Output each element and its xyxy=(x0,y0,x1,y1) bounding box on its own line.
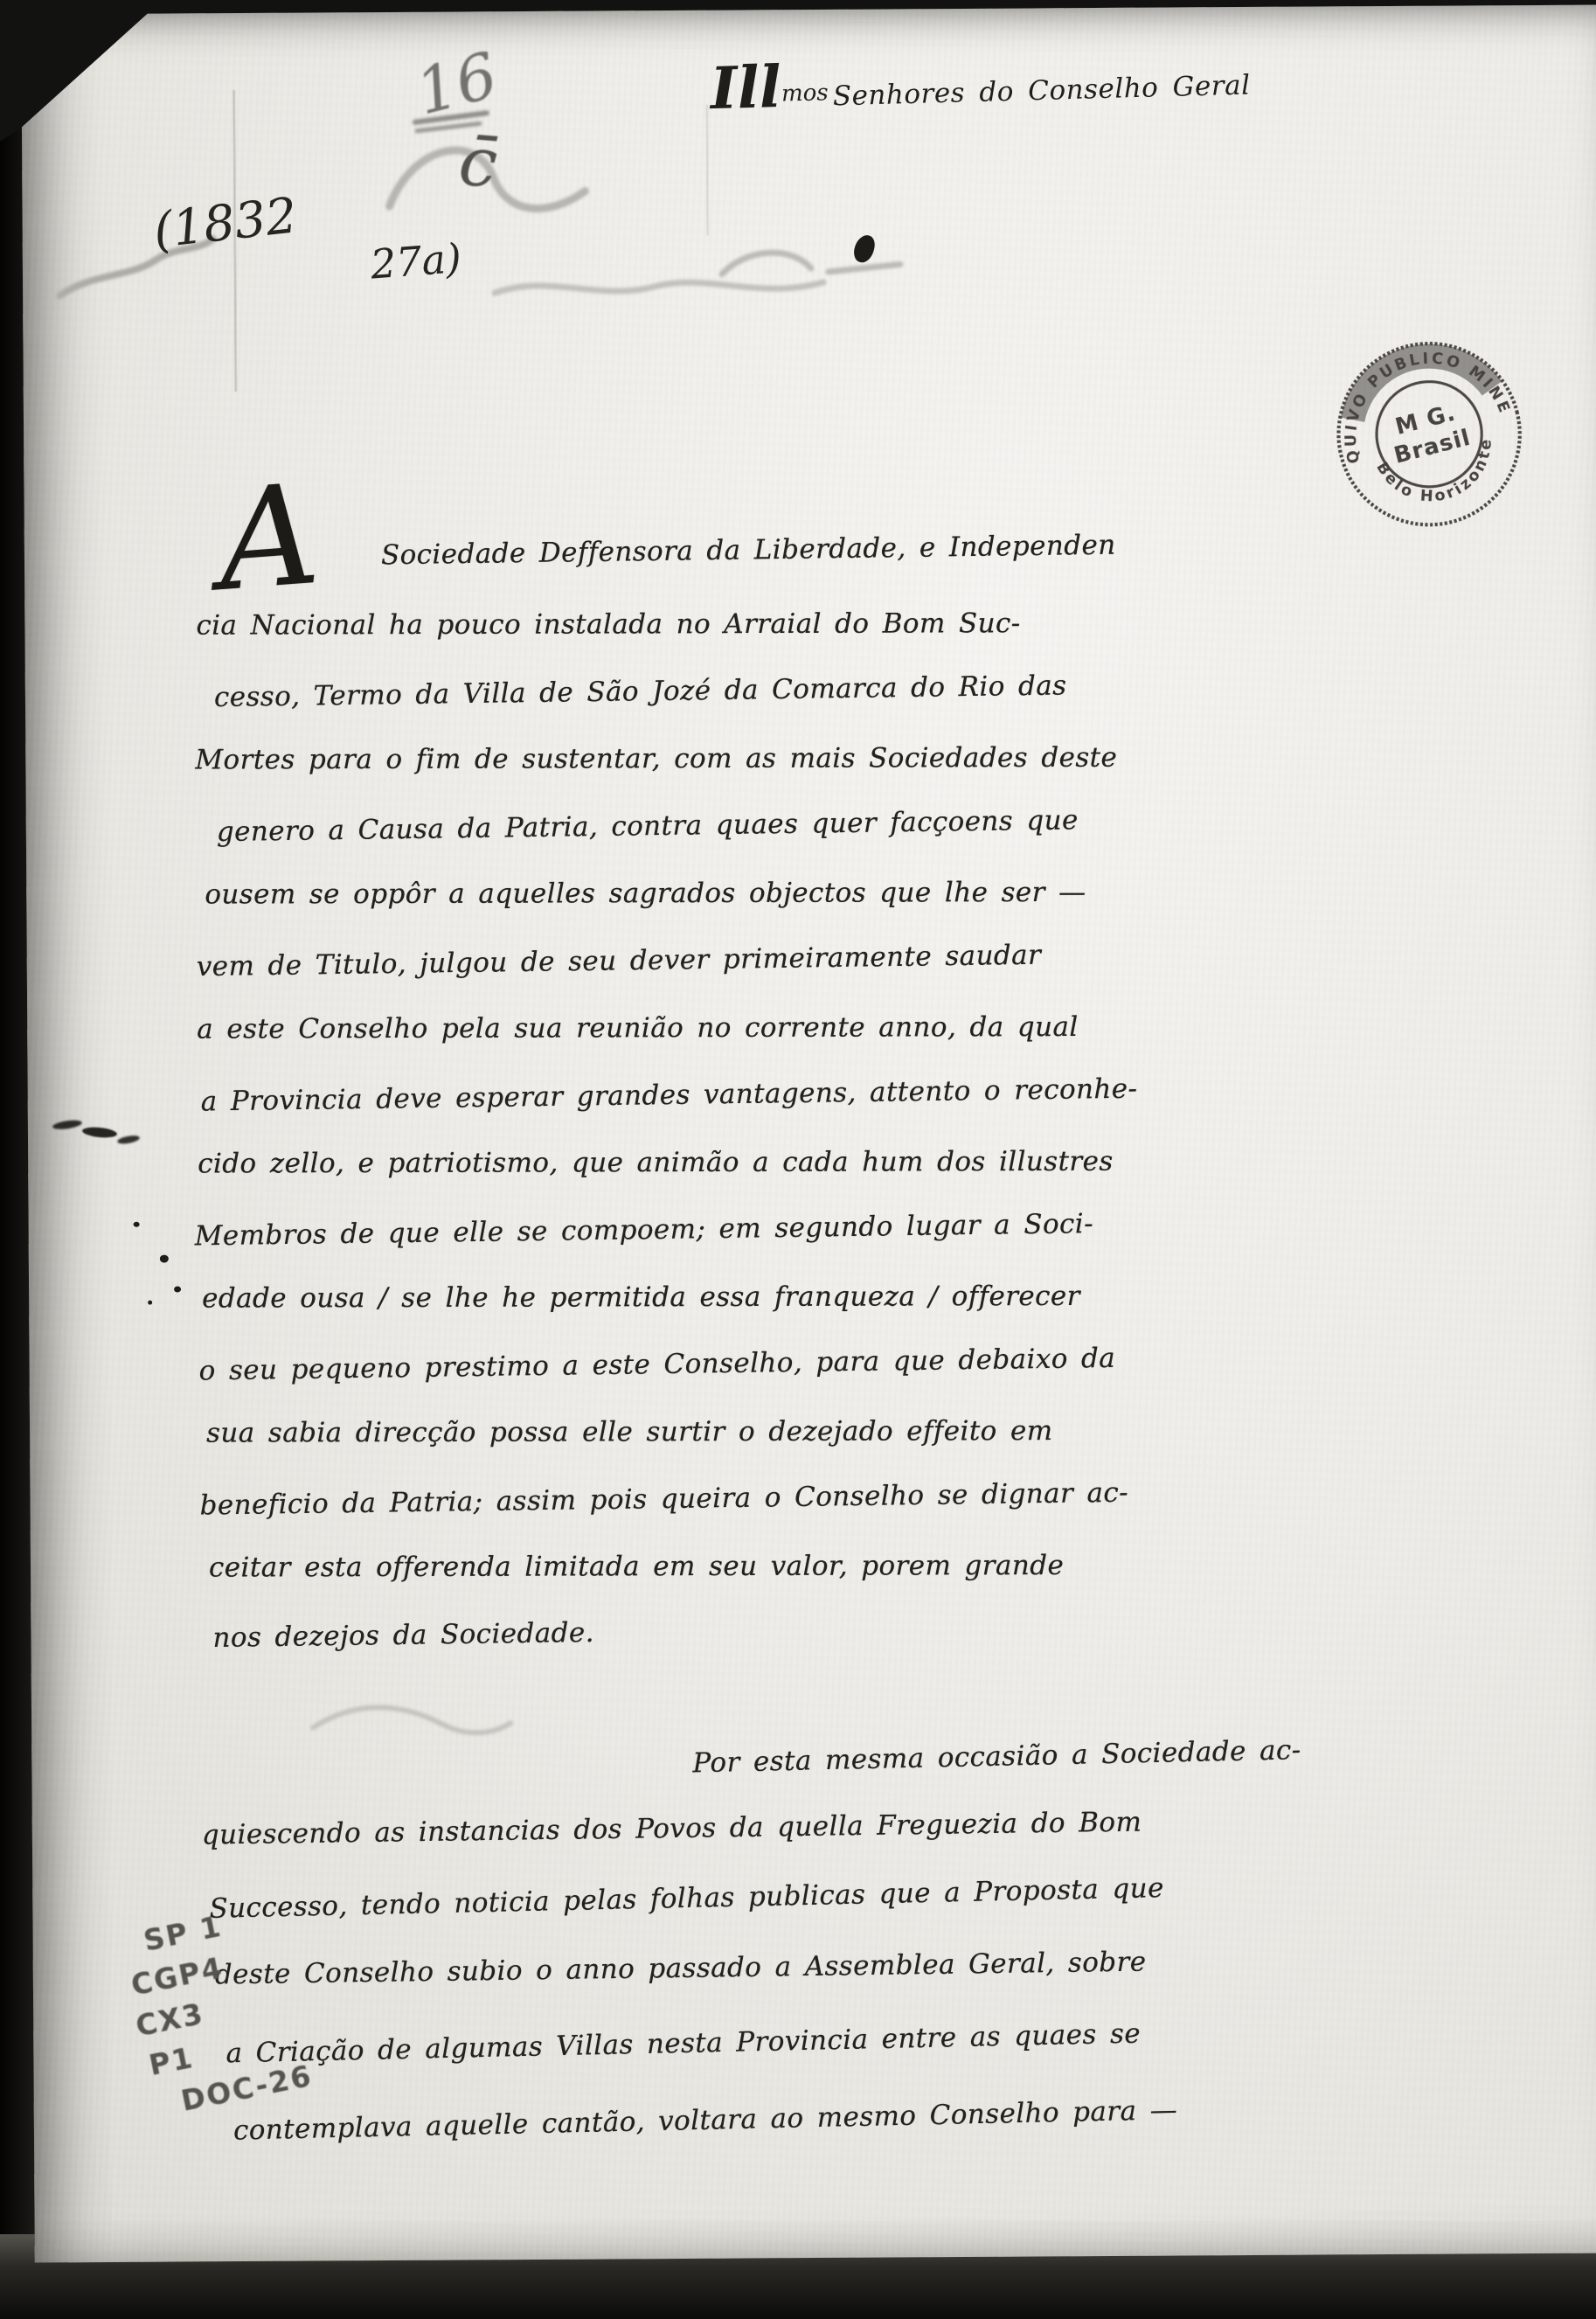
manuscript-line: genero a Causa da Patria, contra quaes q… xyxy=(217,804,1079,848)
document-scan: 16 c̄ (1832 27a) Illmos Senhores do Cons… xyxy=(0,0,1596,2319)
manuscript-line: cia Nacional ha pouco instalada no Arrai… xyxy=(196,608,1020,641)
archive-margin-codes: SP 1 CGP4 CX3 P1 DOC-26 xyxy=(109,1893,316,2128)
manuscript-line: deste Conselho subio o anno passado a As… xyxy=(215,1947,1147,1991)
manuscript-line: Por esta mesma occasião a Sociedade ac- xyxy=(692,1734,1301,1779)
pencil-page-number: 16 xyxy=(409,38,505,128)
ink-smudge xyxy=(52,1119,82,1131)
manuscript-line: ousem se oppôr a aquelles sagrados objec… xyxy=(205,877,1086,911)
manuscript-line: edade ousa / se lhe he permitida essa fr… xyxy=(202,1281,1080,1315)
salutation-line: Illmos Senhores do Conselho Geral xyxy=(710,40,1251,123)
manuscript-line: Sociedade Deffensora da Liberdade, e Ind… xyxy=(381,530,1116,572)
ink-dot xyxy=(160,1255,169,1263)
manuscript-line: cesso, Termo da Villa de São Jozé da Com… xyxy=(214,670,1067,713)
ink-smudge xyxy=(82,1126,118,1139)
manuscript-line: Successo, tendo noticia pelas folhas pub… xyxy=(209,1872,1164,1925)
manuscript-line: o seu pequeno prestimo a este Conselho, … xyxy=(198,1343,1115,1387)
manuscript-line: Mortes para o fim de sustentar, com as m… xyxy=(195,742,1117,776)
archive-stamp-icon: ARQUIVO PUBLICO MINEIRO · Belo Horizonte… xyxy=(1308,313,1550,555)
ink-dot xyxy=(134,1222,140,1227)
ink-dot xyxy=(148,1301,152,1305)
manuscript-line: a este Conselho pela sua reunião no corr… xyxy=(197,1011,1078,1045)
ink-smudge xyxy=(117,1135,141,1146)
salutation-text: Senhores do Conselho Geral xyxy=(832,69,1251,112)
manuscript-line: a Provincia deve esperar grandes vantage… xyxy=(201,1073,1138,1118)
year-annotation: (1832 xyxy=(151,187,301,260)
ink-dot xyxy=(174,1286,181,1292)
manuscript-line: cido zello, e patriotismo, que animão a … xyxy=(198,1146,1114,1180)
manuscript-line: a Criação de algumas Villas nesta Provin… xyxy=(226,2018,1141,2070)
manuscript-line: nos dezejos da Sociedade. xyxy=(212,1617,594,1654)
manuscript-line: contemplava aquelle cantão, voltara ao m… xyxy=(233,2094,1178,2147)
manuscript-line: Membros de que elle se compoem; em segun… xyxy=(194,1208,1093,1252)
manuscript-line: quiescendo as instancias dos Povos da qu… xyxy=(202,1807,1142,1851)
salutation-abbreviation: Ill xyxy=(710,52,782,122)
ink-blot xyxy=(851,233,877,265)
manuscript-drop-cap: A xyxy=(213,466,323,611)
manuscript-line: beneficio da Patria; assim pois queira o… xyxy=(199,1477,1128,1522)
manuscript-line: sua sabia direcção possa elle surtir o d… xyxy=(206,1415,1053,1449)
pencil-letter-mark: c̄ xyxy=(456,122,501,204)
salutation-superscript: mos xyxy=(781,80,829,107)
fold-crease xyxy=(706,105,709,236)
manuscript-line: ceitar esta offerenda limitada em seu va… xyxy=(209,1550,1064,1584)
doc-number-annotation: 27a) xyxy=(369,234,463,288)
manuscript-page: 16 c̄ (1832 27a) Illmos Senhores do Cons… xyxy=(21,5,1596,2263)
manuscript-line: vem de Titulo, julgou de seu dever prime… xyxy=(197,940,1042,982)
